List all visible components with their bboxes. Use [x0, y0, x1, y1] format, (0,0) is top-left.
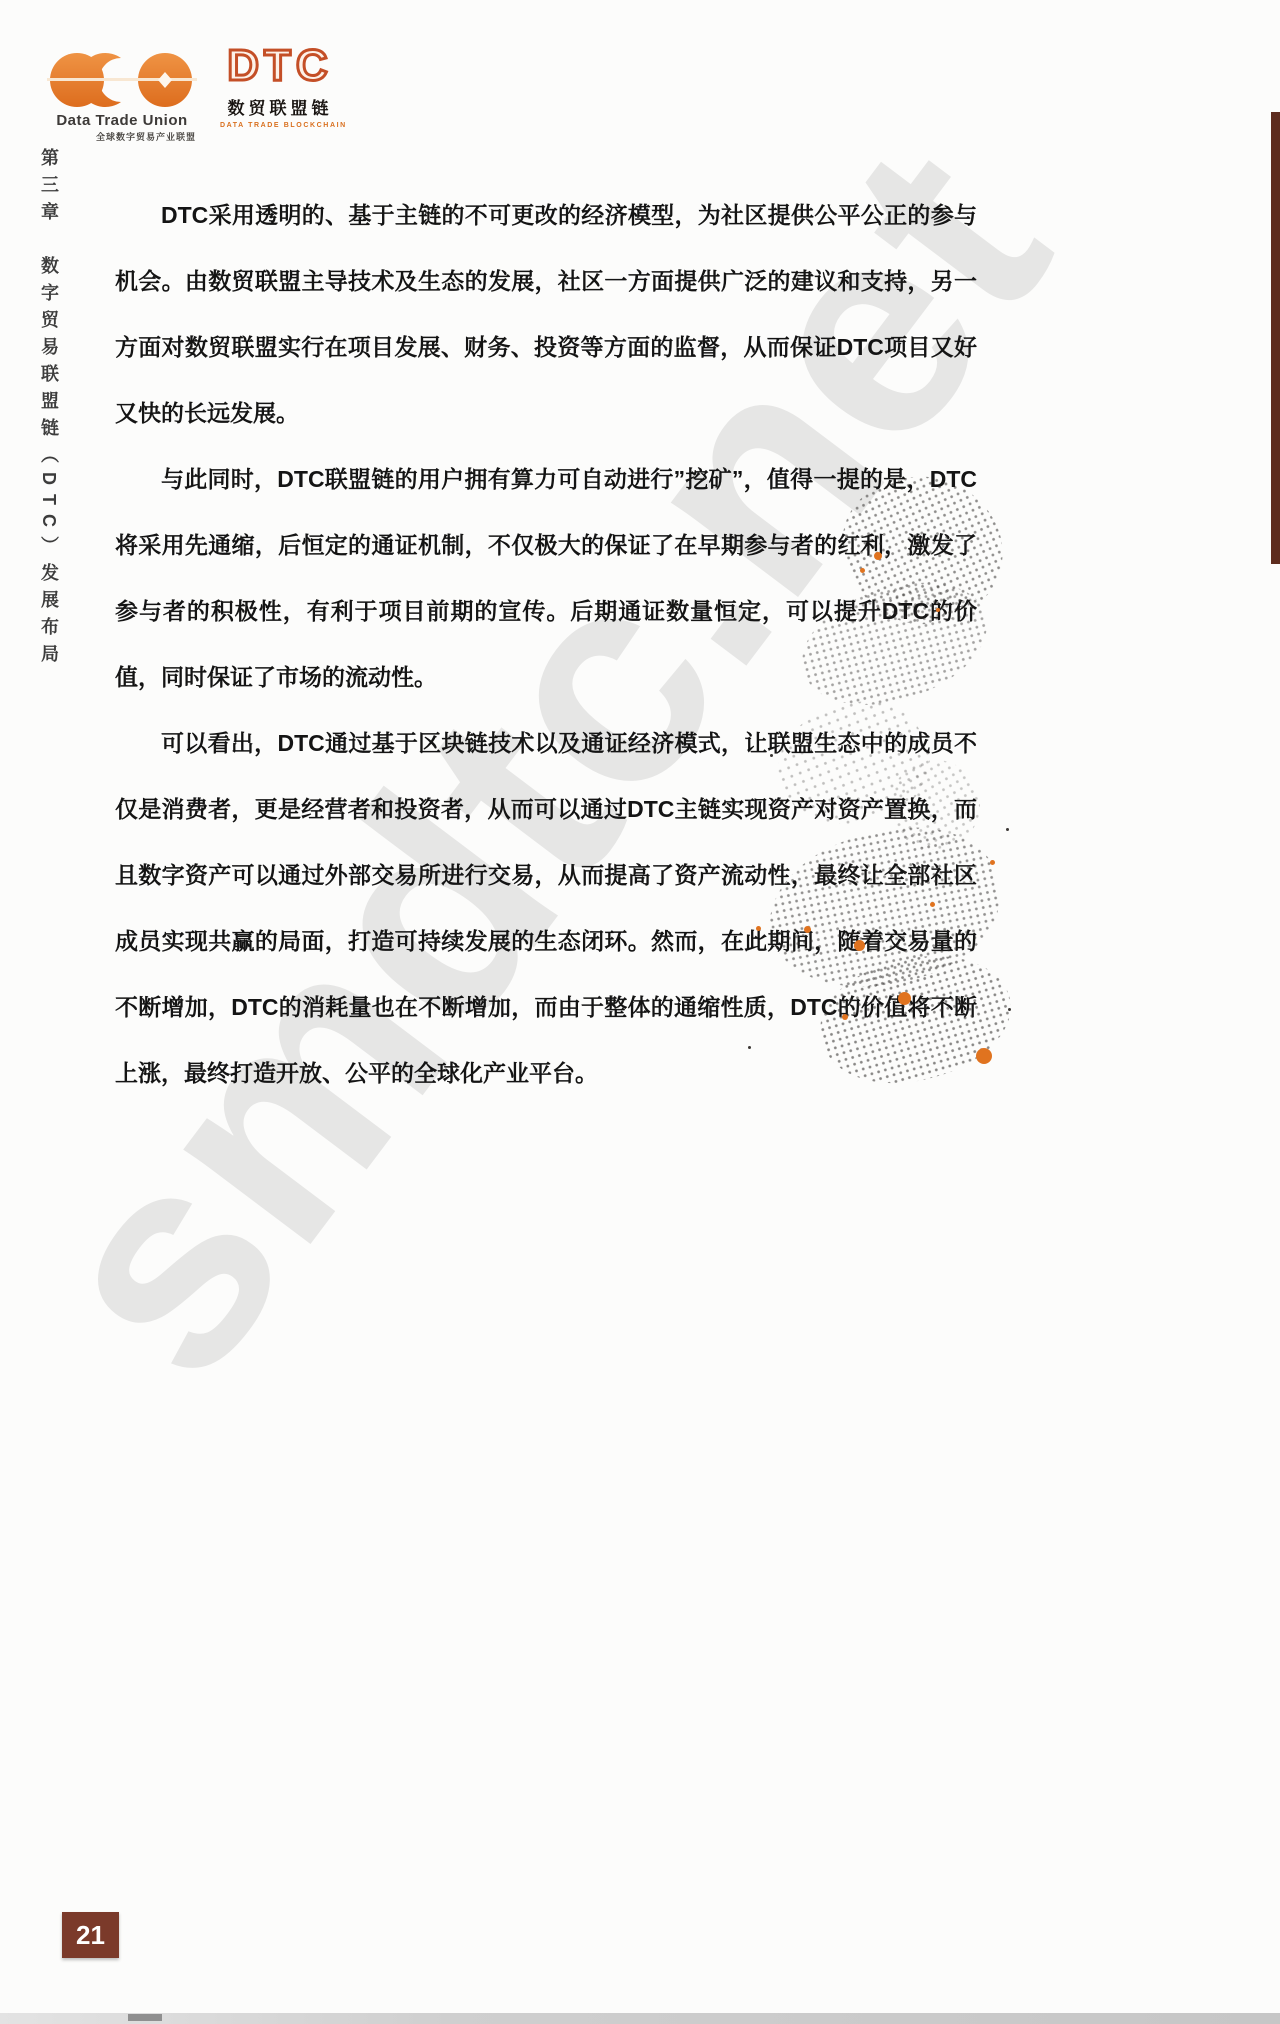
paragraph-3: 可以看出，DTC通过基于区块链技术以及通证经济模式，让联盟生态中的成员不仅是消费… [115, 710, 977, 1106]
page-bottom-edge [0, 2013, 1280, 2024]
body-text: DTC采用透明的、基于主链的不可更改的经济模型，为社区提供公平公正的参与机会。由… [115, 182, 977, 1106]
paragraph-2: 与此同时，DTC联盟链的用户拥有算力可自动进行”挖矿”，值得一提的是，DTC将采… [115, 446, 977, 710]
dtu-logo-name: Data Trade Union [42, 112, 202, 129]
ink-speck [1008, 1008, 1011, 1011]
dtc-logo-tagline: DATA TRADE BLOCKCHAIN [220, 122, 340, 129]
page-bottom-mark [128, 2014, 162, 2021]
paragraph-1: DTC采用透明的、基于主链的不可更改的经济模型，为社区提供公平公正的参与机会。由… [115, 182, 977, 446]
dtc-logo: DTC 数贸联盟链 DATA TRADE BLOCKCHAIN [220, 40, 340, 129]
paint-splatter [976, 1048, 992, 1064]
document-page: Data Trade Union 全球数字贸易产业联盟 DTC 数贸联盟链 DA… [0, 0, 1280, 2024]
dtu-logo-icon [47, 50, 197, 110]
page-edge-bar [1271, 112, 1280, 564]
ink-speck [1006, 828, 1009, 831]
paint-splatter [990, 860, 995, 865]
dtu-logo-subtitle: 全球数字贸易产业联盟 [42, 130, 202, 143]
dtc-logo-subtitle: 数贸联盟链 [220, 94, 340, 119]
chapter-vertical-label: 第三章 数字贸易联盟链（DTC）发展布局 [36, 148, 62, 688]
dtc-logo-wordmark: DTC [220, 40, 340, 92]
dtu-logo: Data Trade Union 全球数字贸易产业联盟 [42, 50, 202, 143]
page-number-badge: 21 [62, 1912, 119, 1958]
